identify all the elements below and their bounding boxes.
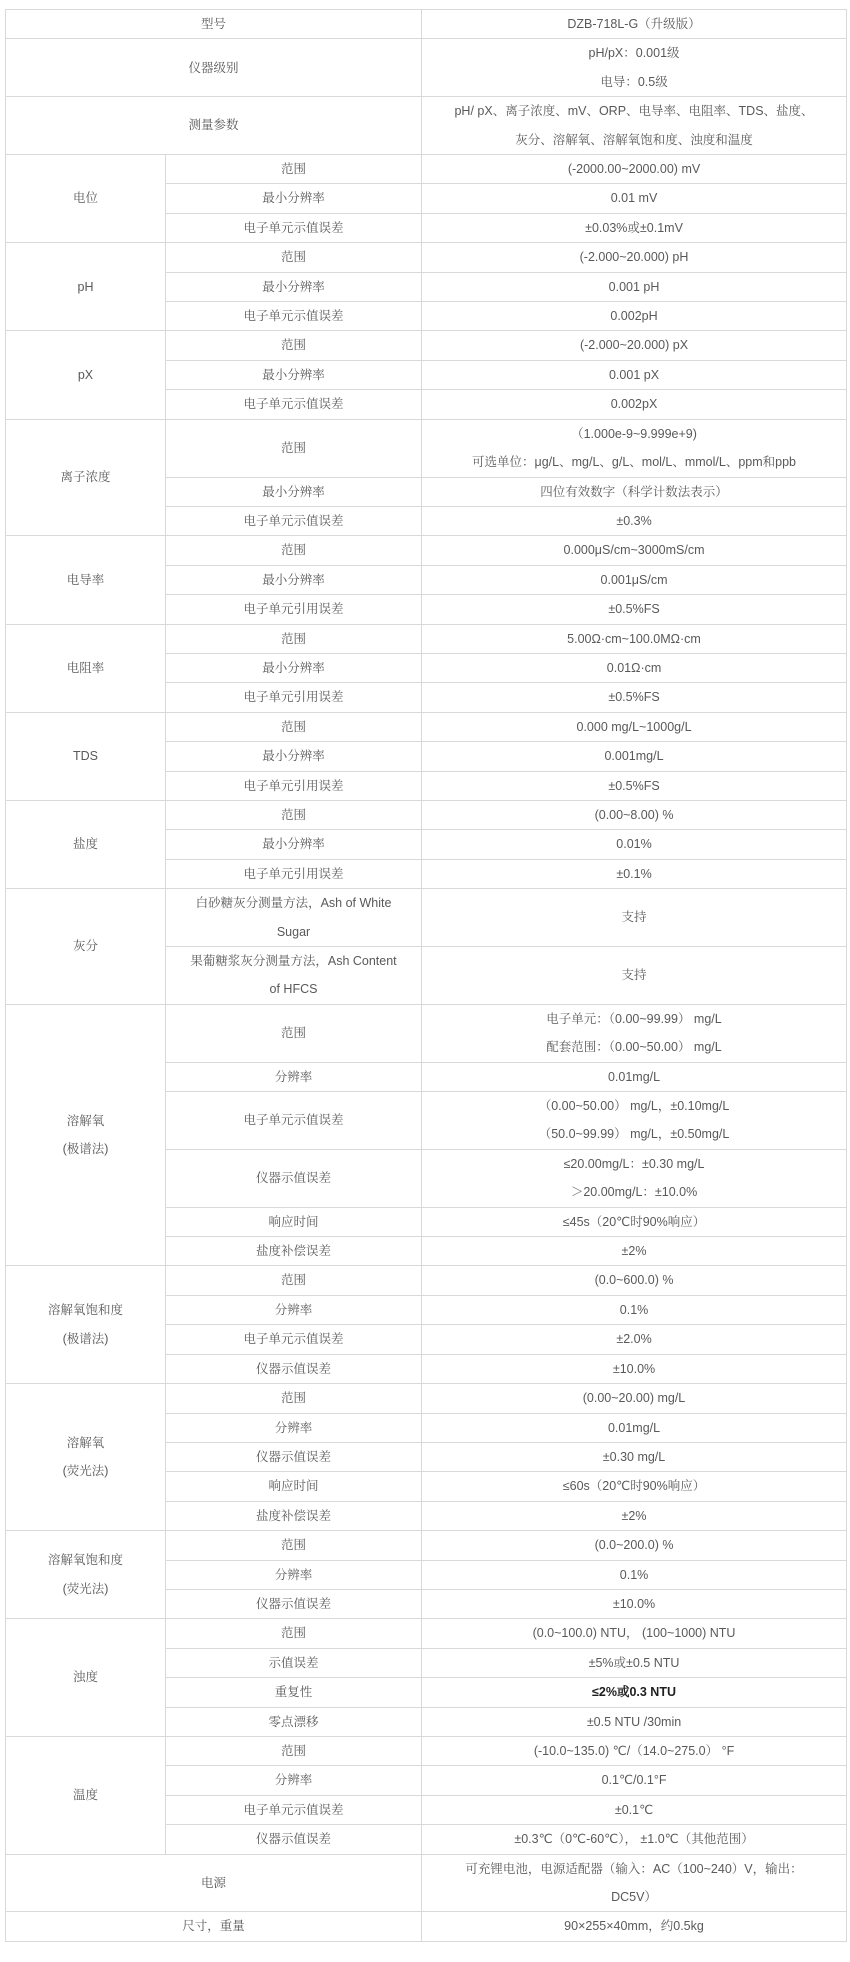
cell-text: 0.1% [428,1561,840,1589]
cell-text: 范围 [172,713,415,741]
spec-param-cell: 电子单元引用误差 [166,859,422,888]
cell-text: 仪器示值误差 [172,1443,415,1471]
spec-value-cell: ≤2%或0.3 NTU [422,1678,847,1707]
cell-text: 电子单元引用误差 [172,595,415,623]
cell-text: 0.01mg/L [428,1063,840,1091]
cell-text: 0.1℃/0.1°F [428,1766,840,1794]
cell-text: (0.00~20.00) mg/L [428,1384,840,1412]
cell-text: 灰分、溶解氧、溶解氧饱和度、浊度和温度 [428,126,840,154]
cell-text: 响应时间 [172,1208,415,1236]
cell-text: 可选单位：μg/L、mg/L、g/L、mol/L、mmol/L、ppm和ppb [428,448,840,476]
spec-row: 仪器级别pH/pX：0.001级电导：0.5级 [6,39,847,97]
cell-text: 溶解氧饱和度 [12,1546,159,1574]
cell-text: 仪器示值误差 [172,1590,415,1618]
spec-param-cell: 分辨率 [166,1295,422,1324]
cell-text: 0.001mg/L [428,742,840,770]
spec-row: 温度范围(-10.0~135.0) ℃/（14.0~275.0） °F [6,1736,847,1765]
spec-value-cell: (-2.000~20.000) pX [422,331,847,360]
spec-row: 电位范围(-2000.00~2000.00) mV [6,155,847,184]
cell-text: 白砂糖灰分测量方法，Ash of White [172,889,415,917]
spec-param-cell: 电子单元示值误差 [166,1795,422,1824]
spec-value-cell: 0.1% [422,1560,847,1589]
spec-value-cell: 0.01Ω·cm [422,653,847,682]
cell-text: 范围 [172,1019,415,1047]
spec-value-cell: （1.000e-9~9.999e+9)可选单位：μg/L、mg/L、g/L、mo… [422,419,847,477]
cell-text: pX [12,361,159,389]
cell-text: 分辨率 [172,1296,415,1324]
spec-value-cell: ±0.30 mg/L [422,1442,847,1471]
spec-param-cell: 范围 [166,1266,422,1295]
spec-table-body: 型号DZB-718L-G（升级版）仪器级别pH/pX：0.001级电导：0.5级… [6,10,847,1942]
cell-text: 5.00Ω·cm~100.0MΩ·cm [428,625,840,653]
spec-row: 浊度范围(0.0~100.0) NTU， (100~1000) NTU [6,1619,847,1648]
cell-text: ±2.0% [428,1325,840,1353]
spec-param-cell: 响应时间 [166,1207,422,1236]
cell-text: 最小分辨率 [172,566,415,594]
spec-param-cell: 电子单元示值误差 [166,390,422,419]
cell-text: pH [12,273,159,301]
spec-value-cell: ±0.1℃ [422,1795,847,1824]
cell-text: 范围 [172,331,415,359]
spec-value-cell: 0.1% [422,1295,847,1324]
cell-text: 温度 [12,1781,159,1809]
cell-text: 测量参数 [12,111,415,139]
spec-value-cell: 电子单元：（0.00~99.99） mg/L配套范围：（0.00~50.00） … [422,1004,847,1062]
spec-param-cell: 电子单元引用误差 [166,595,422,624]
cell-text: 0.001 pX [428,361,840,389]
spec-value-cell: ≤60s（20℃时90%响应） [422,1472,847,1501]
spec-param-cell: 分辨率 [166,1766,422,1795]
cell-text: 溶解氧 [12,1107,159,1135]
cell-text: 盐度补偿误差 [172,1237,415,1265]
cell-text: 最小分辨率 [172,654,415,682]
spec-value-cell: 0.001 pX [422,360,847,389]
spec-param-cell: 响应时间 [166,1472,422,1501]
spec-param-cell: 电子单元引用误差 [166,771,422,800]
spec-value-cell: ±0.5 NTU /30min [422,1707,847,1736]
spec-param-cell: 最小分辨率 [166,272,422,301]
cell-text: （0.00~50.00） mg/L，±0.10mg/L [428,1092,840,1120]
cell-text: 0.000 mg/L~1000g/L [428,713,840,741]
spec-row: 盐度范围(0.00~8.00) % [6,800,847,829]
cell-text: 0.01% [428,830,840,858]
cell-text: 溶解氧饱和度 [12,1296,159,1324]
cell-text: ±0.03%或±0.1mV [428,214,840,242]
cell-text: 0.01 mV [428,184,840,212]
cell-text: 可充锂电池，电源适配器（输入：AC（100~240）V，输出： [428,1855,840,1883]
cell-text: 四位有效数字（科学计数法表示） [428,478,840,506]
cell-text: 范围 [172,1384,415,1412]
spec-param-cell: 最小分辨率 [166,360,422,389]
spec-value-cell: 0.000 mg/L~1000g/L [422,712,847,741]
cell-text: 离子浓度 [12,463,159,491]
spec-param-cell: 分辨率 [166,1062,422,1091]
spec-param-cell: 最小分辨率 [166,742,422,771]
cell-text: 0.000μS/cm~3000mS/cm [428,536,840,564]
spec-row: 溶解氧(荧光法)范围(0.00~20.00) mg/L [6,1384,847,1413]
spec-group-label-cell: 盐度 [6,800,166,888]
spec-value-cell: 0.01 mV [422,184,847,213]
cell-text: 电阻率 [12,654,159,682]
spec-param-cell: 零点漂移 [166,1707,422,1736]
cell-text: DZB-718L-G（升级版） [428,10,840,38]
cell-text: 范围 [172,801,415,829]
cell-text: 最小分辨率 [172,478,415,506]
spec-value-cell: (0.0~100.0) NTU， (100~1000) NTU [422,1619,847,1648]
cell-text: 0.01mg/L [428,1414,840,1442]
spec-param-cell: 重复性 [166,1678,422,1707]
cell-text: 示值误差 [172,1649,415,1677]
cell-text: 仪器示值误差 [172,1164,415,1192]
spec-value-cell: ≤20.00mg/L：±0.30 mg/L＞20.00mg/L：±10.0% [422,1149,847,1207]
cell-text: ±0.30 mg/L [428,1443,840,1471]
spec-param-cell: 最小分辨率 [166,830,422,859]
cell-text: DC5V） [428,1883,840,1911]
cell-text: 电导：0.5级 [428,68,840,96]
spec-value-cell: 0.001mg/L [422,742,847,771]
cell-text: 仪器示值误差 [172,1825,415,1853]
cell-text: 0.1% [428,1296,840,1324]
cell-text: 重复性 [172,1678,415,1706]
cell-text: (荧光法) [12,1457,159,1485]
cell-text: (-2000.00~2000.00) mV [428,155,840,183]
cell-text: 电子单元示值误差 [172,1796,415,1824]
cell-text: 范围 [172,1619,415,1647]
spec-param-cell: 范围 [166,1004,422,1062]
spec-row: 溶解氧饱和度(荧光法)范围(0.0~200.0) % [6,1531,847,1560]
spec-value-cell: 四位有效数字（科学计数法表示） [422,477,847,506]
spec-param-cell: 范围 [166,536,422,565]
spec-param-cell: 仪器示值误差 [166,1442,422,1471]
spec-value-cell: pH/ pX、离子浓度、mV、ORP、电导率、电阻率、TDS、盐度、灰分、溶解氧… [422,97,847,155]
cell-text: (0.0~600.0) % [428,1266,840,1294]
spec-group-label-cell: pH [6,243,166,331]
spec-value-cell: (-2.000~20.000) pH [422,243,847,272]
cell-text: pH/pX：0.001级 [428,39,840,67]
spec-value-cell: ±2.0% [422,1325,847,1354]
spec-param-cell: 电子单元示值误差 [166,213,422,242]
spec-param-cell: 盐度补偿误差 [166,1501,422,1530]
cell-text: ±0.5%FS [428,772,840,800]
cell-text: 范围 [172,434,415,462]
spec-row: 测量参数pH/ pX、离子浓度、mV、ORP、电导率、电阻率、TDS、盐度、灰分… [6,97,847,155]
cell-text: TDS [12,742,159,770]
cell-text: ±0.1℃ [428,1796,840,1824]
spec-param-cell: 电子单元引用误差 [166,683,422,712]
spec-value-cell: 可充锂电池，电源适配器（输入：AC（100~240）V，输出：DC5V） [422,1854,847,1912]
cell-text: （50.0~99.99） mg/L，±0.50mg/L [428,1120,840,1148]
spec-param-cell: 示值误差 [166,1648,422,1677]
spec-group-label-cell: TDS [6,712,166,800]
cell-text: 最小分辨率 [172,361,415,389]
cell-text: (极谱法) [12,1135,159,1163]
cell-text: 最小分辨率 [172,830,415,858]
spec-group-label-cell: 灰分 [6,889,166,1005]
spec-param-cell: 范围 [166,1619,422,1648]
cell-text: 响应时间 [172,1472,415,1500]
spec-value-cell: 支持 [422,889,847,947]
cell-text: (荧光法) [12,1575,159,1603]
spec-group-label-cell: 溶解氧饱和度(荧光法) [6,1531,166,1619]
cell-text: 浊度 [12,1663,159,1691]
cell-text: ≤20.00mg/L：±0.30 mg/L [428,1150,840,1178]
cell-text: 电子单元引用误差 [172,860,415,888]
spec-param-cell: 果葡糖浆灰分测量方法，Ash Contentof HFCS [166,947,422,1005]
spec-row: 电阻率范围5.00Ω·cm~100.0MΩ·cm [6,624,847,653]
spec-param-cell: 仪器示值误差 [166,1149,422,1207]
cell-text: 范围 [172,243,415,271]
spec-value-cell: (0.00~8.00) % [422,800,847,829]
cell-text: 支持 [428,903,840,931]
cell-text: ≤60s（20℃时90%响应） [428,1472,840,1500]
cell-text: 范围 [172,1266,415,1294]
cell-text: 电导率 [12,566,159,594]
spec-value-cell: ±0.03%或±0.1mV [422,213,847,242]
cell-text: 尺寸，重量 [12,1912,415,1940]
spec-group-label-cell: 溶解氧(极谱法) [6,1004,166,1266]
cell-text: ≤2%或0.3 NTU [428,1678,840,1706]
cell-text: ±0.1% [428,860,840,888]
spec-table: 型号DZB-718L-G（升级版）仪器级别pH/pX：0.001级电导：0.5级… [5,9,847,1942]
spec-row: 电导率范围0.000μS/cm~3000mS/cm [6,536,847,565]
cell-text: pH/ pX、离子浓度、mV、ORP、电导率、电阻率、TDS、盐度、 [428,97,840,125]
spec-value-cell: ±5%或±0.5 NTU [422,1648,847,1677]
spec-value-cell: （0.00~50.00） mg/L，±0.10mg/L（50.0~99.99） … [422,1092,847,1150]
cell-text: (0.0~200.0) % [428,1531,840,1559]
spec-param-cell: 范围 [166,1736,422,1765]
cell-text: ±5%或±0.5 NTU [428,1649,840,1677]
cell-text: ≤45s（20℃时90%响应） [428,1208,840,1236]
cell-text: 分辨率 [172,1561,415,1589]
cell-text: 电位 [12,184,159,212]
cell-text: 0.002pX [428,390,840,418]
cell-text: (-10.0~135.0) ℃/（14.0~275.0） °F [428,1737,840,1765]
spec-value-cell: 0.001μS/cm [422,565,847,594]
cell-text: 电子单元示值误差 [172,214,415,242]
cell-text: 盐度补偿误差 [172,1502,415,1530]
spec-group-label-cell: pX [6,331,166,419]
cell-text: (-2.000~20.000) pX [428,331,840,359]
spec-row: 溶解氧(极谱法)范围电子单元：（0.00~99.99） mg/L配套范围：（0.… [6,1004,847,1062]
spec-param-cell: 仪器示值误差 [166,1354,422,1383]
cell-text: ±10.0% [428,1355,840,1383]
spec-label-cell: 尺寸，重量 [6,1912,422,1941]
spec-param-cell: 最小分辨率 [166,477,422,506]
spec-param-cell: 电子单元示值误差 [166,1325,422,1354]
spec-value-cell: ±0.3% [422,506,847,535]
spec-value-cell: pH/pX：0.001级电导：0.5级 [422,39,847,97]
cell-text: of HFCS [172,975,415,1003]
cell-text: 范围 [172,155,415,183]
cell-text: 盐度 [12,830,159,858]
spec-param-cell: 范围 [166,243,422,272]
cell-text: 型号 [12,10,415,38]
cell-text: (-2.000~20.000) pH [428,243,840,271]
spec-value-cell: ±2% [422,1237,847,1266]
cell-text: 范围 [172,1737,415,1765]
spec-row: 型号DZB-718L-G（升级版） [6,10,847,39]
spec-group-label-cell: 电导率 [6,536,166,624]
spec-param-cell: 电子单元示值误差 [166,506,422,535]
spec-value-cell: ≤45s（20℃时90%响应） [422,1207,847,1236]
spec-param-cell: 仪器示值误差 [166,1825,422,1854]
spec-value-cell: 0.01mg/L [422,1413,847,1442]
spec-value-cell: 0.002pX [422,390,847,419]
spec-param-cell: 盐度补偿误差 [166,1237,422,1266]
spec-param-cell: 范围 [166,800,422,829]
spec-row: 灰分白砂糖灰分测量方法，Ash of WhiteSugar支持 [6,889,847,947]
cell-text: (0.00~8.00) % [428,801,840,829]
spec-value-cell: ±0.3℃（0℃-60℃）， ±1.0℃（其他范围） [422,1825,847,1854]
spec-value-cell: 0.01mg/L [422,1062,847,1091]
spec-value-cell: DZB-718L-G（升级版） [422,10,847,39]
spec-value-cell: 90×255×40mm，约0.5kg [422,1912,847,1941]
cell-text: 最小分辨率 [172,273,415,301]
spec-value-cell: ±0.5%FS [422,595,847,624]
cell-text: ±0.5%FS [428,595,840,623]
spec-param-cell: 最小分辨率 [166,184,422,213]
spec-param-cell: 范围 [166,624,422,653]
spec-param-cell: 范围 [166,1531,422,1560]
cell-text: 范围 [172,536,415,564]
cell-text: ±0.3% [428,507,840,535]
cell-text: 电子单元示值误差 [172,1325,415,1353]
cell-text: 0.01Ω·cm [428,654,840,682]
cell-text: 电子单元示值误差 [172,1106,415,1134]
spec-label-cell: 型号 [6,10,422,39]
cell-text: 电源 [12,1869,415,1897]
spec-label-cell: 仪器级别 [6,39,422,97]
spec-param-cell: 范围 [166,712,422,741]
cell-text: 0.002pH [428,302,840,330]
cell-text: 范围 [172,1531,415,1559]
spec-value-cell: ±0.1% [422,859,847,888]
cell-text: ±10.0% [428,1590,840,1618]
cell-text: 仪器示值误差 [172,1355,415,1383]
cell-text: 最小分辨率 [172,742,415,770]
spec-group-label-cell: 浊度 [6,1619,166,1737]
cell-text: 电子单元示值误差 [172,507,415,535]
spec-value-cell: (0.0~600.0) % [422,1266,847,1295]
cell-text: 仪器级别 [12,54,415,82]
cell-text: ＞20.00mg/L：±10.0% [428,1178,840,1206]
cell-text: 0.001 pH [428,273,840,301]
spec-group-label-cell: 温度 [6,1736,166,1854]
cell-text: (极谱法) [12,1325,159,1353]
spec-group-label-cell: 电阻率 [6,624,166,712]
spec-value-cell: 5.00Ω·cm~100.0MΩ·cm [422,624,847,653]
spec-value-cell: (-10.0~135.0) ℃/（14.0~275.0） °F [422,1736,847,1765]
cell-text: 溶解氧 [12,1429,159,1457]
cell-text: 电子单元引用误差 [172,683,415,711]
cell-text: 分辨率 [172,1414,415,1442]
spec-param-cell: 最小分辨率 [166,653,422,682]
cell-text: 零点漂移 [172,1708,415,1736]
spec-param-cell: 电子单元示值误差 [166,302,422,331]
spec-param-cell: 分辨率 [166,1560,422,1589]
spec-param-cell: 范围 [166,155,422,184]
spec-value-cell: 0.002pH [422,302,847,331]
spec-param-cell: 范围 [166,419,422,477]
cell-text: 最小分辨率 [172,184,415,212]
cell-text: ±2% [428,1237,840,1265]
spec-param-cell: 白砂糖灰分测量方法，Ash of WhiteSugar [166,889,422,947]
spec-value-cell: (0.00~20.00) mg/L [422,1384,847,1413]
cell-text: ±2% [428,1502,840,1530]
cell-text: 灰分 [12,932,159,960]
spec-param-cell: 最小分辨率 [166,565,422,594]
spec-group-label-cell: 电位 [6,155,166,243]
spec-value-cell: ±2% [422,1501,847,1530]
spec-row: pH范围(-2.000~20.000) pH [6,243,847,272]
cell-text: 果葡糖浆灰分测量方法，Ash Content [172,947,415,975]
spec-param-cell: 电子单元示值误差 [166,1092,422,1150]
spec-param-cell: 范围 [166,331,422,360]
spec-param-cell: 分辨率 [166,1413,422,1442]
cell-text: 支持 [428,961,840,989]
spec-row: 电源可充锂电池，电源适配器（输入：AC（100~240）V，输出：DC5V） [6,1854,847,1912]
cell-text: 范围 [172,625,415,653]
spec-value-cell: (-2000.00~2000.00) mV [422,155,847,184]
spec-param-cell: 范围 [166,1384,422,1413]
spec-label-cell: 电源 [6,1854,422,1912]
spec-group-label-cell: 溶解氧(荧光法) [6,1384,166,1531]
spec-row: pX范围(-2.000~20.000) pX [6,331,847,360]
cell-text: 0.001μS/cm [428,566,840,594]
spec-value-cell: ±10.0% [422,1589,847,1618]
cell-text: ±0.5%FS [428,683,840,711]
cell-text: (0.0~100.0) NTU， (100~1000) NTU [428,1619,840,1647]
cell-text: 电子单元：（0.00~99.99） mg/L [428,1005,840,1033]
cell-text: 电子单元示值误差 [172,390,415,418]
cell-text: ±0.3℃（0℃-60℃）， ±1.0℃（其他范围） [428,1825,840,1853]
spec-value-cell: 0.001 pH [422,272,847,301]
spec-value-cell: 支持 [422,947,847,1005]
spec-row: TDS范围0.000 mg/L~1000g/L [6,712,847,741]
cell-text: （1.000e-9~9.999e+9) [428,420,840,448]
cell-text: 电子单元引用误差 [172,772,415,800]
spec-value-cell: 0.000μS/cm~3000mS/cm [422,536,847,565]
spec-value-cell: ±10.0% [422,1354,847,1383]
spec-row: 离子浓度范围（1.000e-9~9.999e+9)可选单位：μg/L、mg/L、… [6,419,847,477]
spec-param-cell: 仪器示值误差 [166,1589,422,1618]
cell-text: 配套范围：（0.00~50.00） mg/L [428,1033,840,1061]
spec-value-cell: 0.01% [422,830,847,859]
cell-text: 90×255×40mm，约0.5kg [428,1912,840,1940]
cell-text: Sugar [172,918,415,946]
spec-label-cell: 测量参数 [6,97,422,155]
page: 型号DZB-718L-G（升级版）仪器级别pH/pX：0.001级电导：0.5级… [0,0,850,1962]
cell-text: 分辨率 [172,1063,415,1091]
cell-text: 电子单元示值误差 [172,302,415,330]
spec-group-label-cell: 离子浓度 [6,419,166,536]
spec-row: 溶解氧饱和度(极谱法)范围(0.0~600.0) % [6,1266,847,1295]
spec-value-cell: 0.1℃/0.1°F [422,1766,847,1795]
spec-value-cell: ±0.5%FS [422,683,847,712]
cell-text: ±0.5 NTU /30min [428,1708,840,1736]
spec-value-cell: ±0.5%FS [422,771,847,800]
cell-text: 分辨率 [172,1766,415,1794]
spec-group-label-cell: 溶解氧饱和度(极谱法) [6,1266,166,1384]
spec-row: 尺寸，重量90×255×40mm，约0.5kg [6,1912,847,1941]
spec-value-cell: (0.0~200.0) % [422,1531,847,1560]
